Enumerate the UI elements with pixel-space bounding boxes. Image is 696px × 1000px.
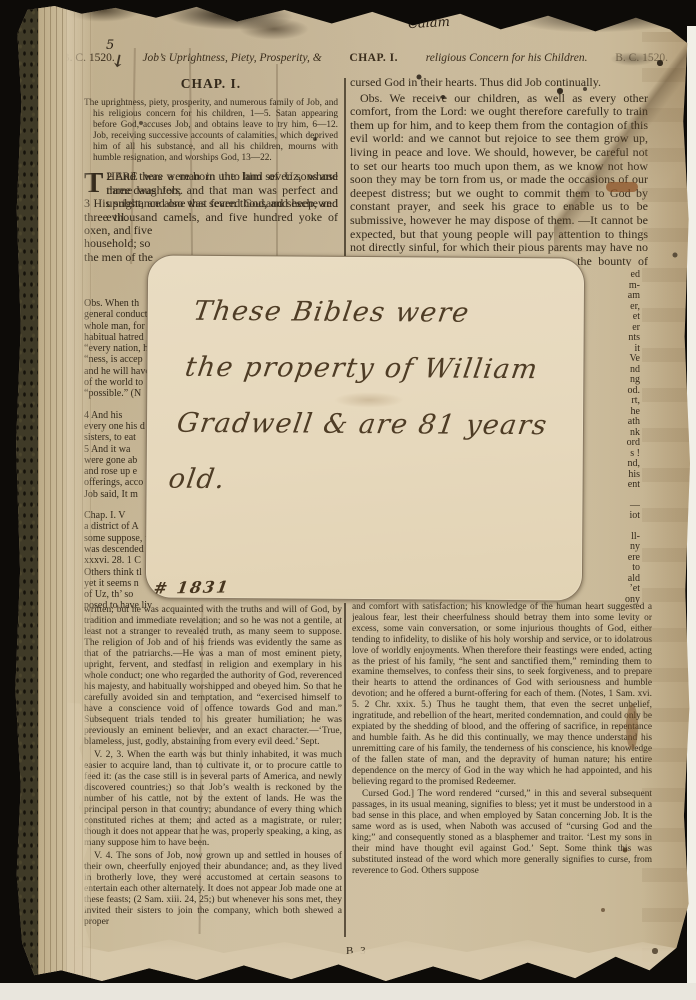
sliver-line: “ness, is accep xyxy=(84,354,152,365)
sliver-line: nk xyxy=(580,428,640,439)
sliver-line: nts xyxy=(580,333,640,344)
sliver-line: a district of A xyxy=(84,521,152,532)
sliver-line: Job said, It m xyxy=(84,489,152,500)
sliver-line: were gone ab xyxy=(84,455,152,466)
sliver-line: 4 And his xyxy=(84,410,152,421)
sliver-line: habitual hatred xyxy=(84,332,152,343)
sliver-line: general conduct xyxy=(84,309,152,320)
header-title-left: Job’s Uprightness, Piety, Prosperity, & xyxy=(142,52,321,68)
sliver-line: Ve xyxy=(580,354,640,365)
sliver-line: er, xyxy=(580,302,640,313)
sliver-line: some suppose, t xyxy=(84,533,152,544)
commentary-paragraph: Cursed God.] The word rendered “cursed,”… xyxy=(352,789,652,876)
verse-1-text: HERE was a man in the land of Uz, whose … xyxy=(106,170,338,224)
stain-blob xyxy=(626,704,638,750)
sliver-line: ng xyxy=(580,375,640,386)
column-rule-lower xyxy=(344,603,346,937)
corner-fold xyxy=(554,40,692,252)
sliver-line: ’et xyxy=(580,584,640,595)
header-chapter: CHAP. I. xyxy=(349,52,398,68)
sliver-line: ald xyxy=(580,574,640,585)
sliver-line: and he will have xyxy=(84,366,152,377)
chapter-argument: The uprightness, piety, prosperity, and … xyxy=(84,98,338,163)
handwritten-note-line: These Bibles were xyxy=(189,284,577,343)
commentary-paragraph: and comfort with satisfaction; his knowl… xyxy=(352,602,652,787)
sliver-line: whole man, for xyxy=(84,321,152,332)
sliver-line: rt, xyxy=(580,396,640,407)
card-stain xyxy=(334,392,404,408)
sliver-line: offerings, acco xyxy=(84,477,152,488)
sliver-line: xxxvi. 28. 1 C xyxy=(84,555,152,566)
sliver-line: ed xyxy=(580,270,640,281)
handwritten-arrow-scribble: ↓ xyxy=(109,51,127,74)
sliver-line: Obs. When th xyxy=(84,298,152,309)
sliver-line: sisters, to eat xyxy=(84,432,152,443)
sliver-line: — xyxy=(580,501,640,512)
sliver-line: it xyxy=(580,344,640,355)
sliver-line: “every nation, h xyxy=(84,343,152,354)
sliver-line xyxy=(580,491,640,501)
handwritten-note-line: old. xyxy=(165,452,553,511)
sliver-line: ny xyxy=(580,542,640,553)
lower-left-column: written; but he was acquainted with the … xyxy=(84,604,342,940)
sliver-line: of Uz, th’ so xyxy=(84,589,152,600)
sliver-line: yet it seems n xyxy=(84,578,152,589)
sliver-line xyxy=(84,500,152,510)
commentary-paragraph: written; but he was acquainted with the … xyxy=(84,604,342,747)
ink-spots xyxy=(14,4,16,6)
sliver-line: nd xyxy=(580,365,640,376)
sliver-line: nd, xyxy=(580,459,640,470)
sliver-line: was descended xyxy=(84,544,152,555)
stain-blob xyxy=(513,0,696,35)
sliver-line: 5 And it wa xyxy=(84,444,152,455)
sliver-line: s ! xyxy=(580,449,640,460)
right-column-sliver: edm-amer,eterntsitVendngod.rt,heathnkord… xyxy=(580,270,640,606)
column-rule-top xyxy=(344,78,346,268)
top-left-column: CHAP. I. The uprightness, piety, prosper… xyxy=(84,76,338,272)
sliver-line: et xyxy=(580,312,640,323)
clipped-line: household; so xyxy=(84,237,338,250)
book-page: B. C. 1520. Job’s Uprightness, Piety, Pr… xyxy=(14,4,690,982)
commentary-paragraph: V. 2, 3. When the earth was but thinly i… xyxy=(84,749,342,848)
crease-line xyxy=(276,64,278,264)
sliver-line: er xyxy=(580,323,640,334)
sliver-line: ent xyxy=(580,480,640,491)
sliver-line: iot xyxy=(580,511,640,522)
sliver-line: Chap. I. V xyxy=(84,510,152,521)
stain-blob xyxy=(239,18,309,40)
rust-stain xyxy=(606,182,638,192)
sliver-line: every one his d xyxy=(84,421,152,432)
sliver-line: of the world to xyxy=(84,377,152,388)
sliver-line: am xyxy=(580,291,640,302)
chapter-heading: CHAP. I. xyxy=(84,76,338,92)
handwritten-note-line: the property of William xyxy=(181,340,569,399)
sliver-line: ll- xyxy=(580,532,640,543)
pasted-note-card: These Bibles werethe property of William… xyxy=(145,254,585,601)
sliver-line: m- xyxy=(580,281,640,292)
sliver-line: Others think tl xyxy=(84,567,152,578)
photo-edge-bottom xyxy=(0,983,696,1000)
handwritten-1831-mark: # 1831 xyxy=(152,577,231,597)
sliver-line: “possible.” (N xyxy=(84,388,152,399)
sliver-line: ord xyxy=(580,438,640,449)
sliver-line: his xyxy=(580,470,640,481)
sliver-line: od. xyxy=(580,386,640,397)
left-column-sliver: Obs. When thgeneral conductwhole man, fo… xyxy=(84,298,152,614)
handwritten-calam-annotation: Calam xyxy=(408,15,451,32)
sliver-line: ere xyxy=(580,553,640,564)
sliver-line xyxy=(84,400,152,410)
spine-edge-mid xyxy=(38,4,66,982)
sliver-line: he xyxy=(580,407,640,418)
sliver-line: and rose up e xyxy=(84,466,152,477)
spine-edge-light xyxy=(66,4,94,982)
sliver-line: ath xyxy=(580,417,640,428)
spine-edge-dark xyxy=(14,4,38,982)
stain-blob xyxy=(610,52,656,66)
sliver-line xyxy=(580,522,640,532)
sliver-line: to xyxy=(580,563,640,574)
lower-right-column: and comfort with satisfaction; his knowl… xyxy=(352,602,652,940)
commentary-paragraph: V. 4. The sons of Job, now grown up and … xyxy=(84,850,342,927)
